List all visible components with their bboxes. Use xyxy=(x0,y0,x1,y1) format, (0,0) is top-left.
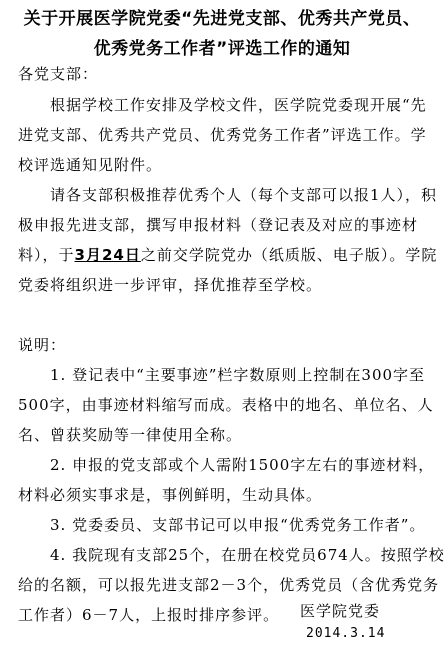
para2-line2: 极申报先进支部，撰写申报材料（登记表及对应的事迹材 xyxy=(18,214,418,235)
date: 2014.3.14 xyxy=(306,626,385,641)
note2-line1: 2. 申报的党支部或个人需附1500字左右的事迹材料， xyxy=(50,454,434,475)
deadline-date: 3月24日 xyxy=(75,246,141,264)
note4-line1: 4. 我院现有支部25个，在册在校党员674人。按照学校 xyxy=(50,544,444,565)
note1-line3: 名、曾获奖励等一律使用全称。 xyxy=(18,424,242,445)
para2-line3: 料），于3月24日之前交学院党办（纸质版、电子版）。学院 xyxy=(18,244,437,265)
note3-line1: 3. 党委委员、支部书记可以申报“优秀党务工作者”。 xyxy=(50,514,425,535)
para2-line4: 党委将组织进一步评审，择优推荐至学校。 xyxy=(18,274,322,295)
note4-line2: 给的名额，可以报先进支部2－3个，优秀党员（含优秀党务 xyxy=(18,574,439,595)
notice-document: 关于开展医学院党委“先进党支部、优秀共产党员、 优秀党务工作者”评选工作的通知 … xyxy=(0,0,444,648)
para2-line3-after: 之前交学院党办（纸质版、电子版）。学院 xyxy=(141,246,438,264)
para1-line1: 根据学校工作安排及学校文件，医学院党委现开展“先 xyxy=(50,94,427,115)
note2-line2: 材料必须实事求是，事例鲜明，生动具体。 xyxy=(18,484,322,505)
para2-line1: 请各支部积极推荐优秀个人（每个支部可以报1人），积 xyxy=(50,184,437,205)
para1-line2: 进党支部、优秀共产党员、优秀党务工作者”评选工作。学 xyxy=(18,124,427,145)
note1-line1: 1. 登记表中“主要事迹”栏字数原则上控制在300字至 xyxy=(50,364,425,385)
salutation: 各党支部： xyxy=(18,63,98,84)
notes-heading: 说明： xyxy=(18,334,66,355)
signature: 医学院党委 xyxy=(300,600,380,621)
note4-line3: 工作者）6－7人，上报时排序参评。 xyxy=(18,604,279,625)
note1-line2: 500字，由事迹材料缩写而成。表格中的地名、单位名、人 xyxy=(18,394,434,415)
title-line-2: 优秀党务工作者”评选工作的通知 xyxy=(0,34,444,59)
title-line-1: 关于开展医学院党委“先进党支部、优秀共产党员、 xyxy=(0,4,444,29)
para1-line3: 校评选通知见附件。 xyxy=(18,154,162,175)
para2-line3-before: 料），于 xyxy=(18,246,75,264)
